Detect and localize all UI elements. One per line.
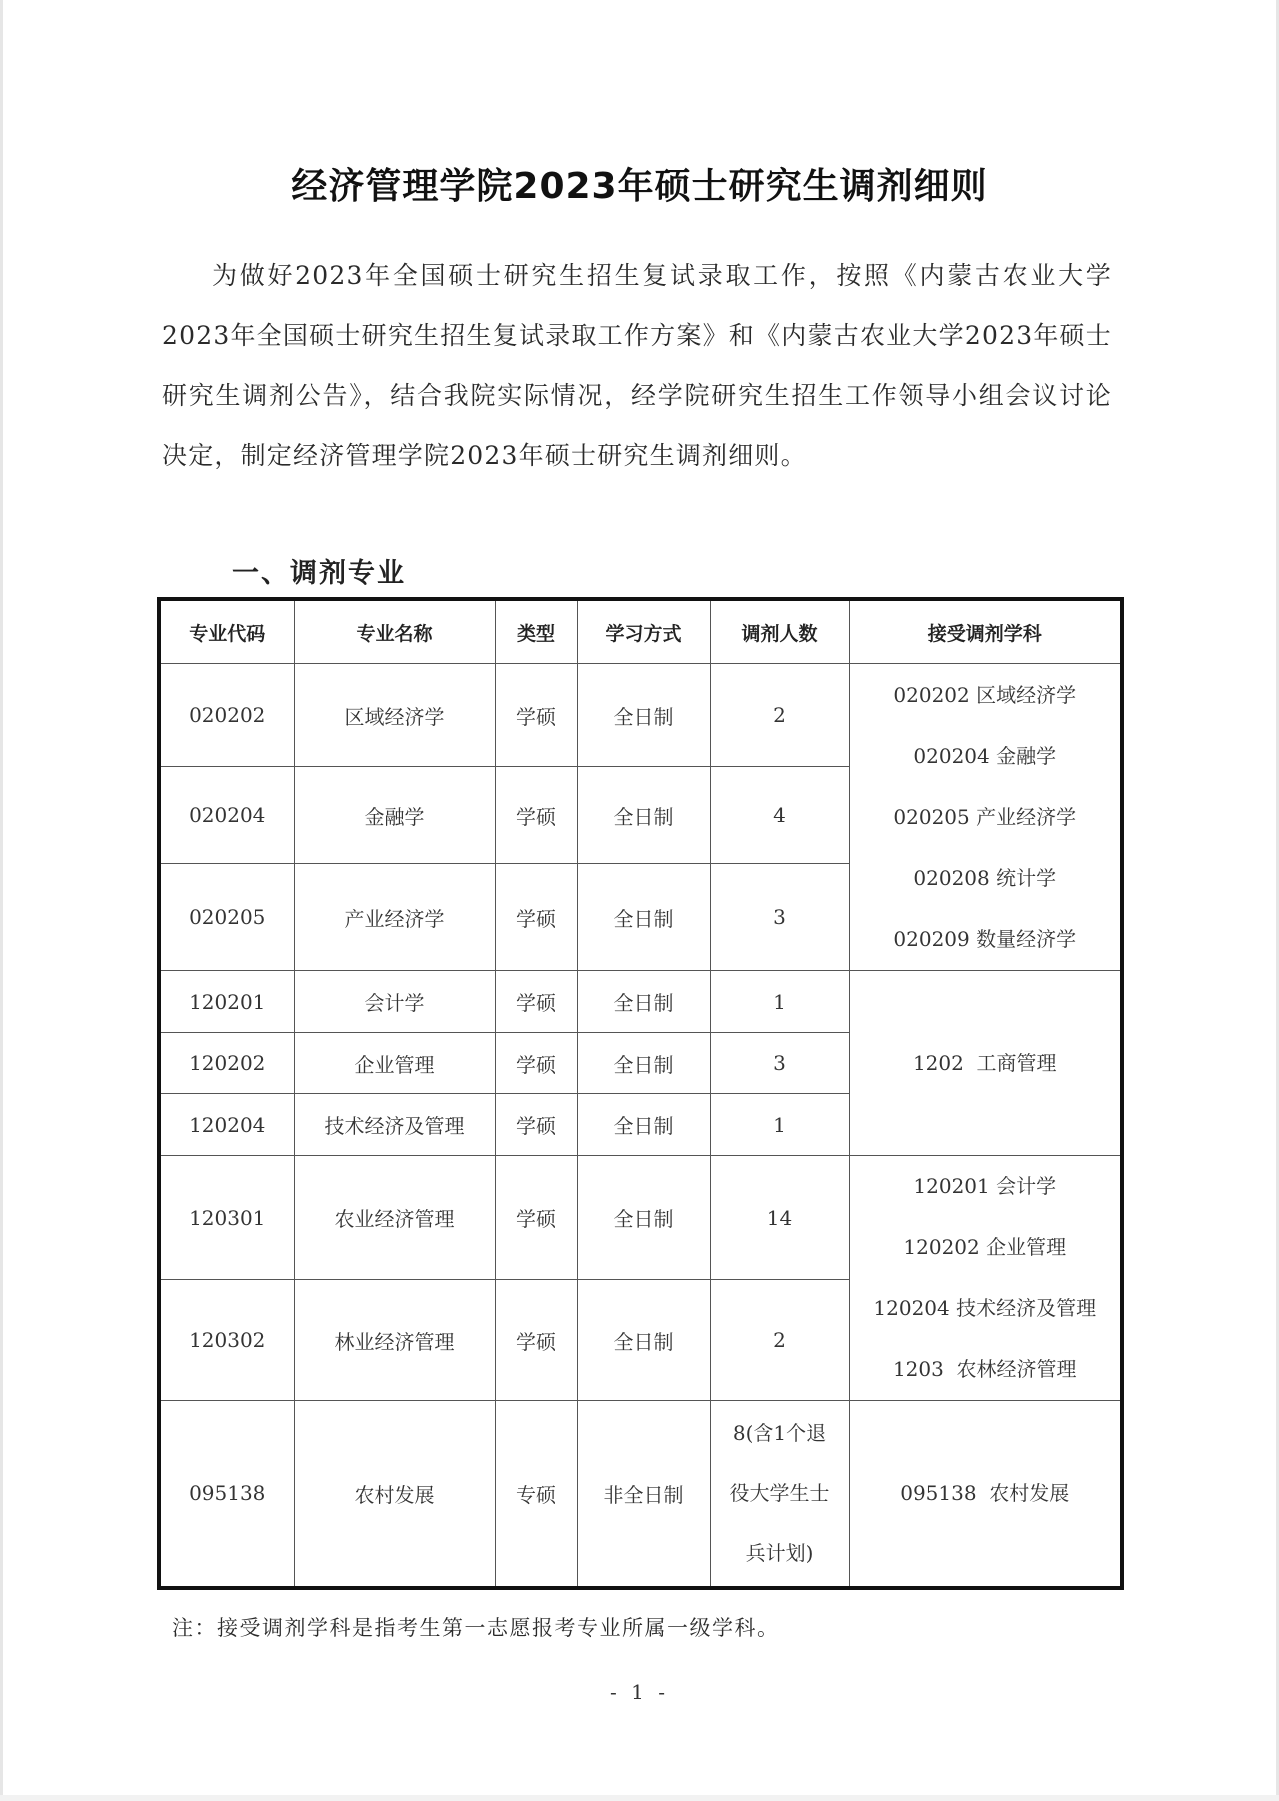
study-mode: 全日制 bbox=[577, 767, 710, 864]
major-name: 林业经济管理 bbox=[294, 1280, 495, 1401]
major-name: 产业经济学 bbox=[294, 864, 495, 971]
accepted-subjects: 120201 会计学 120202 企业管理 120204 技术经济及管理 12… bbox=[849, 1156, 1122, 1401]
transfer-count: 8(含1个退 役大学生士 兵计划) bbox=[710, 1401, 849, 1588]
major-name: 区域经济学 bbox=[294, 664, 495, 767]
study-mode: 全日制 bbox=[577, 1094, 710, 1156]
major-code: 120301 bbox=[159, 1156, 294, 1280]
major-name: 技术经济及管理 bbox=[294, 1094, 495, 1156]
accepted-subject: 120204 技术经济及管理 bbox=[850, 1278, 1121, 1339]
transfer-count-line: 兵计划) bbox=[711, 1523, 849, 1583]
major-code: 120302 bbox=[159, 1280, 294, 1401]
major-name: 会计学 bbox=[294, 971, 495, 1033]
major-code: 020205 bbox=[159, 864, 294, 971]
major-code: 120202 bbox=[159, 1033, 294, 1094]
header-transfer-count: 调剂人数 bbox=[710, 599, 849, 664]
study-mode: 全日制 bbox=[577, 1033, 710, 1094]
accepted-subject: 020204 金融学 bbox=[850, 726, 1121, 787]
transfer-count-line: 役大学生士 bbox=[711, 1463, 849, 1523]
degree-type: 学硕 bbox=[495, 1156, 577, 1280]
major-name: 金融学 bbox=[294, 767, 495, 864]
intro-paragraph: 为做好2023年全国硕士研究生招生复试录取工作，按照《内蒙古农业大学2023年全… bbox=[162, 246, 1112, 486]
transfer-majors-table: 专业代码 专业名称 类型 学习方式 调剂人数 接受调剂学科 020202 区域经… bbox=[157, 597, 1124, 1590]
study-mode: 全日制 bbox=[577, 664, 710, 767]
major-name: 企业管理 bbox=[294, 1033, 495, 1094]
degree-type: 学硕 bbox=[495, 1033, 577, 1094]
degree-type: 学硕 bbox=[495, 971, 577, 1033]
transfer-count: 2 bbox=[710, 664, 849, 767]
accepted-subject: 095138 农村发展 bbox=[850, 1463, 1121, 1524]
study-mode: 非全日制 bbox=[577, 1401, 710, 1588]
header-accepted-subjects: 接受调剂学科 bbox=[849, 599, 1122, 664]
page-number: - 1 - bbox=[0, 1680, 1279, 1704]
degree-type: 学硕 bbox=[495, 1094, 577, 1156]
degree-type: 学硕 bbox=[495, 664, 577, 767]
page-edge bbox=[0, 1795, 1279, 1801]
accepted-subject: 020209 数量经济学 bbox=[850, 909, 1121, 970]
table-row: 120201 会计学 学硕 全日制 1 1202 工商管理 bbox=[159, 971, 1122, 1033]
major-code: 020202 bbox=[159, 664, 294, 767]
header-major-name: 专业名称 bbox=[294, 599, 495, 664]
study-mode: 全日制 bbox=[577, 971, 710, 1033]
transfer-count: 1 bbox=[710, 1094, 849, 1156]
degree-type: 专硕 bbox=[495, 1401, 577, 1588]
header-type: 类型 bbox=[495, 599, 577, 664]
section-heading: 一、调剂专业 bbox=[232, 551, 406, 590]
table-header-row: 专业代码 专业名称 类型 学习方式 调剂人数 接受调剂学科 bbox=[159, 599, 1122, 664]
accepted-subject: 020205 产业经济学 bbox=[850, 787, 1121, 848]
major-code: 120204 bbox=[159, 1094, 294, 1156]
study-mode: 全日制 bbox=[577, 864, 710, 971]
accepted-subjects: 095138 农村发展 bbox=[849, 1401, 1122, 1588]
study-mode: 全日制 bbox=[577, 1156, 710, 1280]
accepted-subject: 120202 企业管理 bbox=[850, 1217, 1121, 1278]
table-row: 020202 区域经济学 学硕 全日制 2 020202 区域经济学 02020… bbox=[159, 664, 1122, 767]
transfer-count: 2 bbox=[710, 1280, 849, 1401]
accepted-subject: 1203 农林经济管理 bbox=[850, 1339, 1121, 1400]
table-row: 120301 农业经济管理 学硕 全日制 14 120201 会计学 12020… bbox=[159, 1156, 1122, 1280]
accepted-subject: 120201 会计学 bbox=[850, 1156, 1121, 1217]
transfer-count-line: 8(含1个退 bbox=[711, 1403, 849, 1463]
transfer-count: 4 bbox=[710, 767, 849, 864]
document-title: 经济管理学院2023年硕士研究生调剂细则 bbox=[0, 158, 1279, 209]
major-name: 农村发展 bbox=[294, 1401, 495, 1588]
major-code: 120201 bbox=[159, 971, 294, 1033]
page-edge bbox=[0, 0, 3, 1801]
degree-type: 学硕 bbox=[495, 1280, 577, 1401]
accepted-subject: 020202 区域经济学 bbox=[850, 665, 1121, 726]
major-code: 020204 bbox=[159, 767, 294, 864]
accepted-subject: 1202 工商管理 bbox=[850, 1033, 1121, 1094]
major-name: 农业经济管理 bbox=[294, 1156, 495, 1280]
degree-type: 学硕 bbox=[495, 864, 577, 971]
degree-type: 学硕 bbox=[495, 767, 577, 864]
transfer-count: 1 bbox=[710, 971, 849, 1033]
header-major-code: 专业代码 bbox=[159, 599, 294, 664]
accepted-subjects: 020202 区域经济学 020204 金融学 020205 产业经济学 020… bbox=[849, 664, 1122, 971]
major-code: 095138 bbox=[159, 1401, 294, 1588]
transfer-count: 3 bbox=[710, 864, 849, 971]
header-study-mode: 学习方式 bbox=[577, 599, 710, 664]
study-mode: 全日制 bbox=[577, 1280, 710, 1401]
table-note: 注：接受调剂学科是指考生第一志愿报考专业所属一级学科。 bbox=[172, 1612, 780, 1642]
table-row: 095138 农村发展 专硕 非全日制 8(含1个退 役大学生士 兵计划) 09… bbox=[159, 1401, 1122, 1588]
transfer-count: 14 bbox=[710, 1156, 849, 1280]
transfer-count: 3 bbox=[710, 1033, 849, 1094]
accepted-subjects: 1202 工商管理 bbox=[849, 971, 1122, 1156]
accepted-subject: 020208 统计学 bbox=[850, 848, 1121, 909]
